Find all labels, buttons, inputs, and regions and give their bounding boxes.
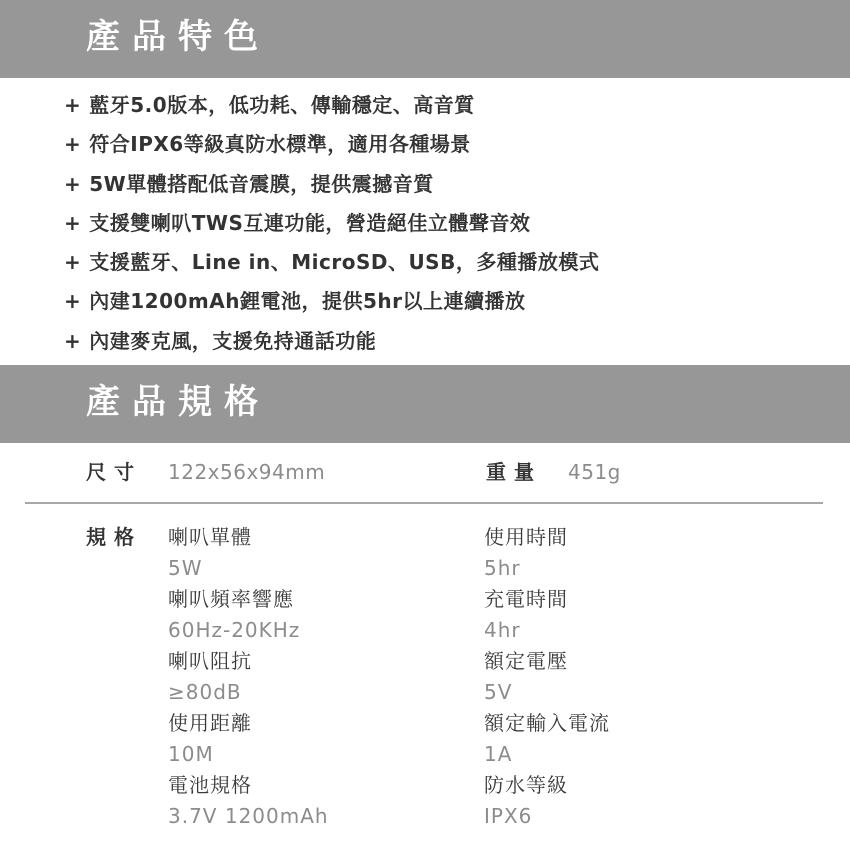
spec-item: 額定電壓5V (484, 646, 610, 708)
feature-text: 內建1200mAh鋰電池，提供5hr以上連續播放 (89, 289, 525, 313)
feature-item: +支援雙喇叭TWS互連功能，營造絕佳立體聲音效 (64, 208, 599, 247)
plus-icon: + (64, 289, 81, 313)
spec-value: 3.7V 1200mAh (168, 801, 329, 832)
spec-value: 5V (484, 677, 610, 708)
spec-name: 使用距離 (168, 708, 329, 739)
size-label: 尺寸 (86, 457, 142, 487)
size-value: 122x56x94mm (168, 457, 325, 487)
feature-text: 支援藍牙、Line in、MicroSD、USB，多種播放模式 (89, 250, 599, 274)
spec-item: 喇叭單體5W (168, 522, 329, 584)
feature-text: 符合IPX6等級真防水標準，適用各種場景 (89, 132, 470, 156)
plus-icon: + (64, 172, 81, 196)
plus-icon: + (64, 93, 81, 117)
spec-label: 規格 (86, 522, 142, 552)
feature-text: 支援雙喇叭TWS互連功能，營造絕佳立體聲音效 (89, 211, 530, 235)
spec-column-left: 喇叭單體5W 喇叭頻率響應60Hz-20KHz 喇叭阻抗≥80dB 使用距離10… (168, 522, 329, 832)
features-banner: 產品特色 (0, 0, 850, 78)
specs-banner: 產品規格 (0, 365, 850, 443)
feature-item: +內建1200mAh鋰電池，提供5hr以上連續播放 (64, 286, 599, 325)
feature-text: 5W單體搭配低音震膜，提供震撼音質 (89, 172, 433, 196)
spec-name: 額定輸入電流 (484, 708, 610, 739)
spec-item: 防水等級IPX6 (484, 770, 610, 832)
spec-value: 1A (484, 739, 610, 770)
features-list: +藍牙5.0版本，低功耗、傳輸穩定、高音質 +符合IPX6等級真防水標準，適用各… (64, 90, 599, 365)
spec-name: 使用時間 (484, 522, 610, 553)
spec-column-right: 使用時間5hr 充電時間4hr 額定電壓5V 額定輸入電流1A 防水等級IPX6 (484, 522, 610, 832)
spec-value: 5W (168, 553, 329, 584)
feature-item: +符合IPX6等級真防水標準，適用各種場景 (64, 129, 599, 168)
plus-icon: + (64, 132, 81, 156)
spec-value: 60Hz-20KHz (168, 615, 329, 646)
features-title: 產品特色 (86, 14, 270, 60)
spec-value: 5hr (484, 553, 610, 584)
spec-item: 使用時間5hr (484, 522, 610, 584)
spec-name: 額定電壓 (484, 646, 610, 677)
plus-icon: + (64, 211, 81, 235)
weight-value: 451g (568, 457, 621, 487)
feature-item: +藍牙5.0版本，低功耗、傳輸穩定、高音質 (64, 90, 599, 129)
spec-item: 使用距離10M (168, 708, 329, 770)
feature-text: 內建麥克風，支援免持通話功能 (89, 329, 376, 353)
feature-item: +支援藍牙、Line in、MicroSD、USB，多種播放模式 (64, 247, 599, 286)
specs-title: 產品規格 (86, 379, 270, 425)
feature-text: 藍牙5.0版本，低功耗、傳輸穩定、高音質 (89, 93, 474, 117)
spec-name: 電池規格 (168, 770, 329, 801)
spec-name: 喇叭阻抗 (168, 646, 329, 677)
plus-icon: + (64, 329, 81, 353)
spec-name: 充電時間 (484, 584, 610, 615)
spec-value: ≥80dB (168, 677, 329, 708)
spec-item: 額定輸入電流1A (484, 708, 610, 770)
spec-item: 喇叭阻抗≥80dB (168, 646, 329, 708)
spec-item: 電池規格3.7V 1200mAh (168, 770, 329, 832)
divider (25, 502, 823, 504)
weight-label: 重量 (486, 457, 542, 487)
plus-icon: + (64, 250, 81, 274)
spec-value: 10M (168, 739, 329, 770)
feature-item: +內建麥克風，支援免持通話功能 (64, 326, 599, 365)
spec-name: 喇叭單體 (168, 522, 329, 553)
spec-item: 喇叭頻率響應60Hz-20KHz (168, 584, 329, 646)
feature-item: +5W單體搭配低音震膜，提供震撼音質 (64, 169, 599, 208)
spec-item: 充電時間4hr (484, 584, 610, 646)
spec-value: 4hr (484, 615, 610, 646)
spec-value: IPX6 (484, 801, 610, 832)
spec-name: 喇叭頻率響應 (168, 584, 329, 615)
spec-name: 防水等級 (484, 770, 610, 801)
